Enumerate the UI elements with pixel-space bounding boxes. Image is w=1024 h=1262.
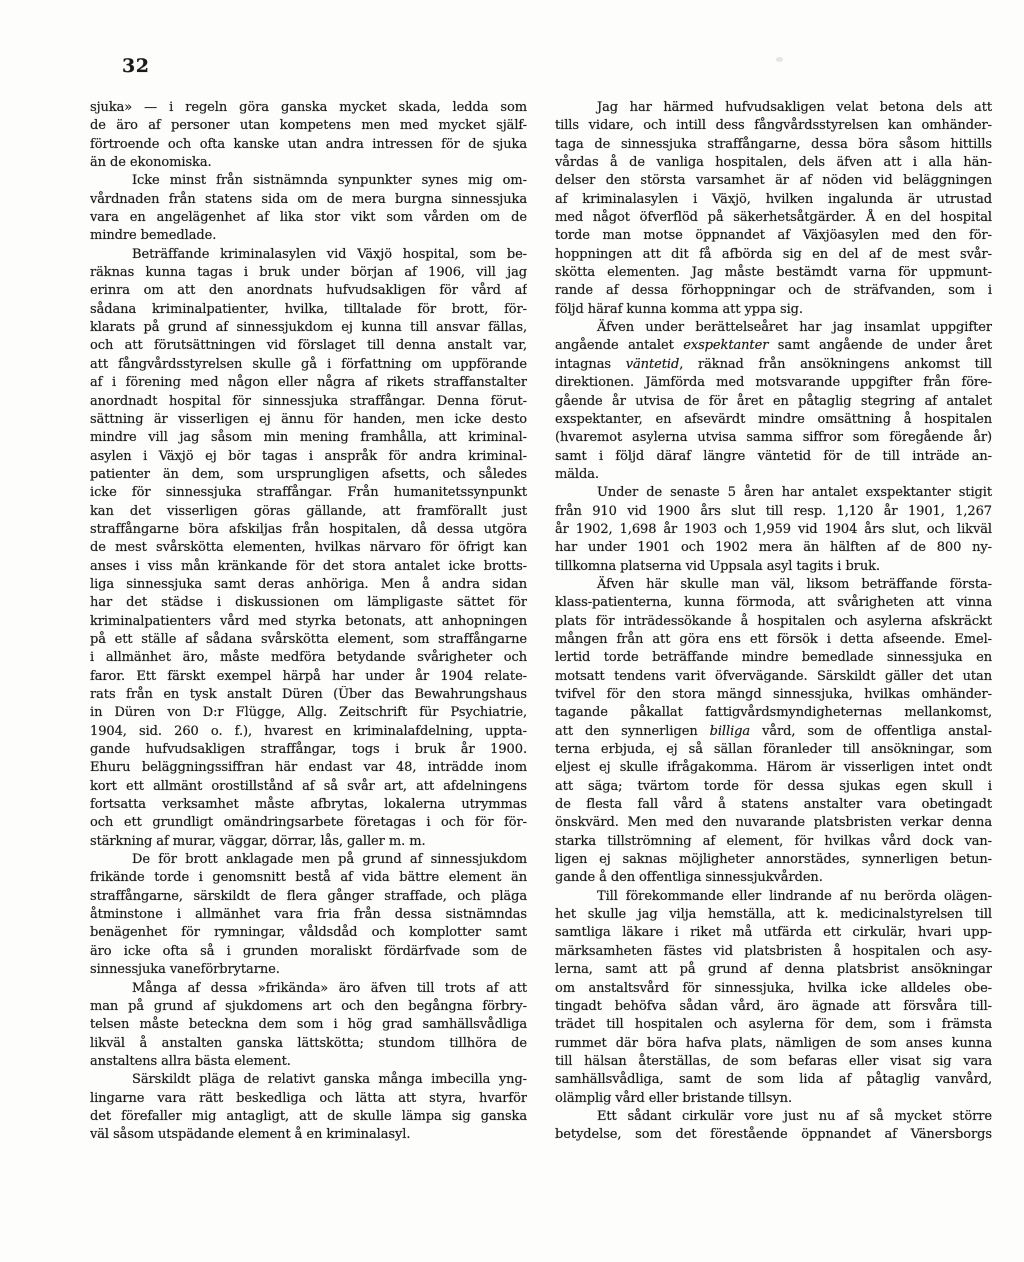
text-line: af i förening med någon eller några af r…: [90, 374, 527, 392]
text-line: med något öfverflöd på säkerhetsåtgärder…: [555, 209, 992, 227]
text-line: mindre bemedlade.: [90, 227, 527, 245]
text-line: märksamheten fästes vid platsbristen å h…: [555, 943, 992, 961]
text-line: tagande påkallat fattigvårdsmyndighetern…: [555, 704, 992, 722]
text-line: följd häraf kunna komma att yppa sig.: [555, 301, 992, 319]
text-line: sättning är visserligen ej ännu för hand…: [90, 411, 527, 429]
text-line: Beträffande kriminalasylen vid Växjö hos…: [90, 246, 527, 264]
text-line: Särskildt pläga de relativt ganska många…: [90, 1071, 527, 1089]
text-line: Jag har härmed hufvudsakligen velat beto…: [555, 99, 992, 117]
text-line: på ett ställe af sådana svårskötta eleme…: [90, 631, 527, 649]
paragraph: Ett sådant cirkulär vore just nu af så m…: [555, 1108, 992, 1145]
text-line: intagnas väntetid, räknad från ansökning…: [555, 356, 992, 374]
text-line: vårdas å de vanliga hospitalen, dels äfv…: [555, 154, 992, 172]
text-line: de flesta fall vård å statens anstalter …: [555, 796, 992, 814]
text-line: in Düren von D:r Flügge, Allg. Zeitschri…: [90, 704, 527, 722]
text-line: vara en angelägenhet af lika stor vikt s…: [90, 209, 527, 227]
text-line: räknas kunna tagas i bruk under början a…: [90, 264, 527, 282]
text-line: de mest svårskötta elementen, hvilkas nä…: [90, 539, 527, 557]
text-line: tvifvel för den stora mängd sinnessjuka,…: [555, 686, 992, 704]
text-line: om anstaltsvård för sinnessjuka, hvilka …: [555, 980, 992, 998]
text-line: att den synnerligen billiga vård, som de…: [555, 723, 992, 741]
text-line: hoppningen att dit få afbörda sig en del…: [555, 246, 992, 264]
text-line: sådana kriminalpatienter, hvilka, tillta…: [90, 301, 527, 319]
text-line: det förefaller mig antagligt, att de sku…: [90, 1108, 527, 1126]
text-line: angående antalet exspektanter samt angåe…: [555, 337, 992, 355]
text-line: motsatt tendens varit öfvervägande. Särs…: [555, 668, 992, 686]
text-line: sjuka» — i regeln göra ganska mycket ska…: [90, 99, 527, 117]
scanned-book-page: 32 sjuka» — i regeln göra ganska mycket …: [0, 0, 1024, 1262]
text-line: (hvaremot asylerna utvisa samma siffror …: [555, 429, 992, 447]
text-line: exspektanter, en afsevärdt mindre omsätt…: [555, 411, 992, 429]
text-line: De för brott anklagade men på grund af s…: [90, 851, 527, 869]
text-line: samt i följd däraf längre väntetid för d…: [555, 448, 992, 466]
text-block: sjuka» — i regeln göra ganska mycket ska…: [90, 99, 992, 1145]
text-line: från 910 vid 1900 års slut till resp. 1,…: [555, 503, 992, 521]
text-line: anstaltens allra bästa element.: [90, 1053, 527, 1071]
text-line: olämplig vård eller bristande tillsyn.: [555, 1090, 992, 1108]
text-line: trädet till hospitalen och asylerna för …: [555, 1016, 992, 1034]
page-number: 32: [122, 55, 149, 77]
text-line: patienter än dem, som ursprungligen afse…: [90, 466, 527, 484]
text-line: tills vidare, och intill dess fångvårdss…: [555, 117, 992, 135]
text-line: plats för inträdessökande å hospitalen o…: [555, 613, 992, 631]
text-line: och ett grundligt omändringsarbete föret…: [90, 814, 527, 832]
text-line: än de ekonomiska.: [90, 154, 527, 172]
text-line: Äfven under berättelseåret har jag insam…: [555, 319, 992, 337]
text-line: har det städse i diskussionen om lämplig…: [90, 594, 527, 612]
text-line: frikände torde i genomsnitt bestå af vid…: [90, 869, 527, 887]
text-line: klarats på grund af sinnessjukdom ej kun…: [90, 319, 527, 337]
paragraph: Äfven under berättelseåret har jag insam…: [555, 319, 992, 484]
text-line: förtroende och ofta kanske utan andra in…: [90, 136, 527, 154]
text-line: eljest ej skulle ifrågakomma. Härom är v…: [555, 759, 992, 777]
text-line: torde man motse öppnandet af Växjöasylen…: [555, 227, 992, 245]
text-line: lerna, samt att på grund af denna platsb…: [555, 961, 992, 979]
paragraph: De för brott anklagade men på grund af s…: [90, 851, 527, 979]
text-line: starka tillströmning af element, för hvi…: [555, 833, 992, 851]
text-line: Till förekommande eller lindrande af nu …: [555, 888, 992, 906]
text-line: rummet där böra hafva plats, nämligen de…: [555, 1035, 992, 1053]
text-line: de äro af personer utan kompetens men me…: [90, 117, 527, 135]
text-line: åtminstone i allmänhet vara fria från de…: [90, 906, 527, 924]
text-line: Ehuru beläggningssiffran här endast var …: [90, 759, 527, 777]
text-line: straffångarne, särskildt de flera gånger…: [90, 888, 527, 906]
text-line: klass-patienterna, kunna förmoda, att sv…: [555, 594, 992, 612]
text-line: samhällsvådliga, samt de som lida af påt…: [555, 1071, 992, 1089]
text-line: sinnessjuka vaneförbrytarne.: [90, 961, 527, 979]
text-line: delser den största varsamhet är af nöden…: [555, 172, 992, 190]
text-line: mindre vill jag såsom min mening framhål…: [90, 429, 527, 447]
text-line: tingadt behöfva sådan vård, äro ägnade a…: [555, 998, 992, 1016]
text-line: vårdnaden från statens sida om de mera b…: [90, 191, 527, 209]
text-line: rande af dessa förhoppningar och de strä…: [555, 282, 992, 300]
text-line: år 1902, 1,698 år 1903 och 1,959 vid 190…: [555, 521, 992, 539]
text-line: liga sinnessjuka samt deras anhöriga. Me…: [90, 576, 527, 594]
text-line: lingarne vara rätt beskedliga och lätta …: [90, 1090, 527, 1108]
text-line: äro icke ofta så i grunden moraliskt för…: [90, 943, 527, 961]
text-line: 1904, sid. 260 o. f.), hvarest en krimin…: [90, 723, 527, 741]
text-line: till hälsan återställas, de som befaras …: [555, 1053, 992, 1071]
text-line: och att förutsättningen vid förslaget ti…: [90, 337, 527, 355]
text-line: straffångarne böra afskiljas från hospit…: [90, 521, 527, 539]
text-line: Många af dessa »frikända» äro äfven till…: [90, 980, 527, 998]
column-right: Jag har härmed hufvudsakligen velat beto…: [555, 99, 992, 1145]
text-line: önskvärd. Men med den nuvarande platsbri…: [555, 814, 992, 832]
text-line: erinra om att den anordnats hufvudsaklig…: [90, 282, 527, 300]
text-line: faror. Ett färskt exempel härpå har unde…: [90, 668, 527, 686]
text-line: att fångvårdsstyrelsen skulle gå i förfa…: [90, 356, 527, 374]
text-line: i allmänhet äro, måste medföra betydande…: [90, 649, 527, 667]
text-line: direktionen. Jämförda med motsvarande up…: [555, 374, 992, 392]
text-line: väl såsom utspädande element å en krimin…: [90, 1126, 527, 1144]
text-line: likväl å anstalten ganska lättskötta; st…: [90, 1035, 527, 1053]
text-line: gande å den offentliga sinnessjukvården.: [555, 869, 992, 887]
text-line: Ett sådant cirkulär vore just nu af så m…: [555, 1108, 992, 1126]
text-line: betydelse, som det förestående öppnandet…: [555, 1126, 992, 1144]
paragraph: Jag har härmed hufvudsakligen velat beto…: [555, 99, 992, 319]
text-line: lertid torde beträffande mindre bemedlad…: [555, 649, 992, 667]
text-line: att säga; tvärtom torde för dessa sjukas…: [555, 778, 992, 796]
column-left: sjuka» — i regeln göra ganska mycket ska…: [90, 99, 527, 1145]
paragraph: Till förekommande eller lindrande af nu …: [555, 888, 992, 1108]
text-line: har under 1901 och 1902 mera än hälften …: [555, 539, 992, 557]
text-line: anordnadt hospital för sinnessjuka straf…: [90, 393, 527, 411]
paragraph: Särskildt pläga de relativt ganska många…: [90, 1071, 527, 1144]
text-line: skötta elementen. Jag måste bestämdt var…: [555, 264, 992, 282]
text-line: telsen måste beteckna dem som i hög grad…: [90, 1016, 527, 1034]
text-line: anses i viss mån kränkande för det stora…: [90, 558, 527, 576]
text-line: icke för sinnessjuka straffångar. Från h…: [90, 484, 527, 502]
text-line: ligen ej saknas möjligheter annorstädes,…: [555, 851, 992, 869]
text-line: kan det visserligen göras gällande, att …: [90, 503, 527, 521]
scan-artifact-dot: [776, 57, 783, 62]
text-line: fortsatta verksamhet måste afbrytas, lok…: [90, 796, 527, 814]
text-line: Äfven här skulle man väl, liksom beträff…: [555, 576, 992, 594]
text-line: taga de sinnessjuka straffångarne, dessa…: [555, 136, 992, 154]
text-line: rats från en tysk anstalt Düren (Über da…: [90, 686, 527, 704]
text-line: stärkning af murar, väggar, dörrar, lås,…: [90, 833, 527, 851]
text-line: het skulle jag vilja hemställa, att k. m…: [555, 906, 992, 924]
paragraph: Under de senaste 5 åren har antalet exsp…: [555, 484, 992, 576]
paragraph: Många af dessa »frikända» äro äfven till…: [90, 980, 527, 1072]
paragraph: Äfven här skulle man väl, liksom beträff…: [555, 576, 992, 888]
text-line: gående år utvisa de för året en påtaglig…: [555, 393, 992, 411]
text-line: kriminalpatienters vård med styrka beton…: [90, 613, 527, 631]
text-line: mälda.: [555, 466, 992, 484]
text-line: kort ett allmänt orostillstånd af så svå…: [90, 778, 527, 796]
text-line: samtliga läkare i riket må utfärda ett c…: [555, 924, 992, 942]
text-line: asylen i Växjö ej bör tagas i anspråk fö…: [90, 448, 527, 466]
paragraph: Beträffande kriminalasylen vid Växjö hos…: [90, 246, 527, 851]
text-line: Under de senaste 5 åren har antalet exsp…: [555, 484, 992, 502]
text-line: tillkomna platserna vid Uppsala asyl tag…: [555, 558, 992, 576]
text-line: mången från att göra ens ett försök i de…: [555, 631, 992, 649]
text-line: gande hufvudsakligen straffångar, togs i…: [90, 741, 527, 759]
paragraph: Icke minst från sistnämnda synpunkter sy…: [90, 172, 527, 245]
text-line: man på grund af sjukdomens art och den b…: [90, 998, 527, 1016]
text-line: af kriminalasylen i Växjö, hvilken ingal…: [555, 191, 992, 209]
paragraph: sjuka» — i regeln göra ganska mycket ska…: [90, 99, 527, 172]
text-line: Icke minst från sistnämnda synpunkter sy…: [90, 172, 527, 190]
text-line: terna erbjuda, ej så sällan föranleder t…: [555, 741, 992, 759]
text-line: benägenhet för rymningar, våldsdåd och k…: [90, 924, 527, 942]
